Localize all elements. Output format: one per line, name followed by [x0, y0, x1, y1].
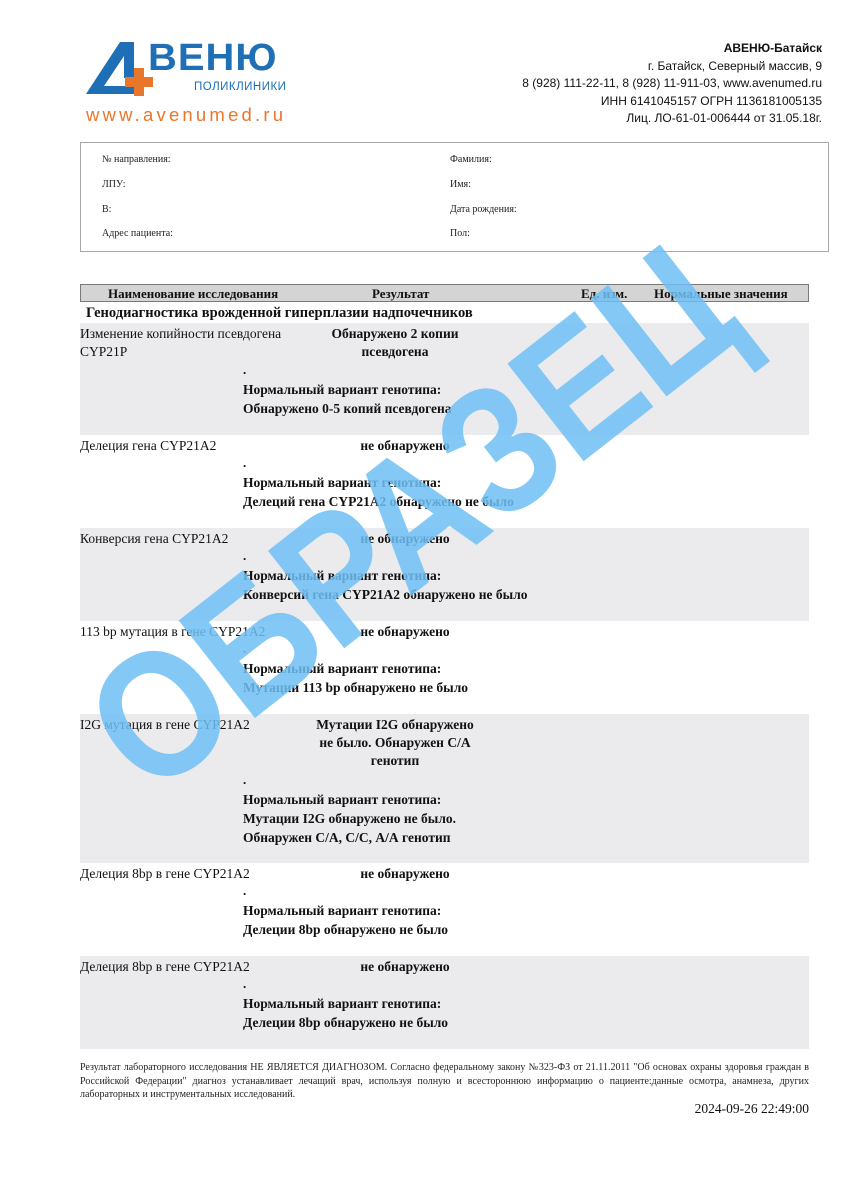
- patient-info-box: № направления: ЛПУ: В: Адрес пациента: Ф…: [80, 142, 829, 252]
- column-result: Результат: [372, 286, 429, 302]
- reference-title: Нормальный вариант генотипа:: [243, 473, 441, 492]
- reference-value: Мутации I2G обнаружено не было.: [243, 809, 456, 828]
- column-reference-values: Нормальные значения: [654, 286, 788, 302]
- referral-number-label: № направления:: [102, 154, 171, 165]
- test-result: не обнаружено: [305, 865, 505, 883]
- table-row: 113 bp мутация в гене CYP21A2 не обнаруж…: [80, 621, 809, 714]
- test-result: не обнаружено: [305, 530, 505, 548]
- test-name: 113 bp мутация в гене CYP21A2: [80, 623, 300, 641]
- organization-info: АВЕНЮ-Батайск г. Батайск, Северный масси…: [522, 40, 822, 128]
- patient-address-label: Адрес пациента:: [102, 228, 173, 239]
- org-address: г. Батайск, Северный массив, 9: [522, 58, 822, 76]
- reference-title: Нормальный вариант генотипа:: [243, 380, 441, 399]
- clinic-logo: ВЕНЮ ПОЛИКЛИНИКИ www.avenumed.ru: [86, 38, 306, 128]
- reference-value: Делеции 8bp обнаружено не было: [243, 1013, 448, 1032]
- separator-dot: .: [243, 641, 246, 657]
- reference-value: Делеций гена CYP21A2 обнаружено не было: [243, 492, 514, 511]
- reference-value: Обнаружен С/А, С/С, А/А генотип: [243, 828, 451, 847]
- reference-title: Нормальный вариант генотипа:: [243, 659, 441, 678]
- separator-dot: .: [243, 548, 246, 564]
- reference-value: Делеции 8bp обнаружено не было: [243, 920, 448, 939]
- v-label: В:: [102, 204, 111, 215]
- test-result: не обнаружено: [305, 958, 505, 976]
- test-name: Конверсия гена CYP21A2: [80, 530, 300, 548]
- test-name: Изменение копийности псевдогена CYP21P: [80, 325, 300, 361]
- test-result: Мутации I2G обнаружено не было. Обнаруже…: [310, 716, 480, 770]
- logo-name: ВЕНЮ: [148, 38, 278, 78]
- reference-value: Конверсий гена CYP21A2 обнаружено не был…: [243, 585, 528, 604]
- org-contacts: 8 (928) 111-22-11, 8 (928) 11-911-03, ww…: [522, 75, 822, 93]
- test-result: не обнаружено: [305, 437, 505, 455]
- table-row: Конверсия гена CYP21A2 не обнаружено . Н…: [80, 528, 809, 621]
- report-timestamp: 2024-09-26 22:49:00: [695, 1101, 809, 1117]
- separator-dot: .: [243, 883, 246, 899]
- reference-title: Нормальный вариант генотипа:: [243, 994, 441, 1013]
- table-row: Изменение копийности псевдогена CYP21P О…: [80, 323, 809, 435]
- results-table-header: Наименование исследования Результат Ед. …: [80, 284, 809, 302]
- separator-dot: .: [243, 455, 246, 471]
- reference-title: Нормальный вариант генотипа:: [243, 566, 441, 585]
- separator-dot: .: [243, 362, 246, 378]
- separator-dot: .: [243, 772, 246, 788]
- reference-value: Обнаружено 0-5 копий псевдогена: [243, 399, 452, 418]
- reference-value: Мутации 113 bp обнаружено не было: [243, 678, 468, 697]
- org-license: Лиц. ЛО-61-01-006444 от 31.05.18г.: [522, 110, 822, 128]
- disclaimer-text: Результат лабораторного исследования НЕ …: [80, 1061, 809, 1102]
- surname-label: Фамилия:: [450, 154, 492, 165]
- org-name: АВЕНЮ-Батайск: [522, 40, 822, 58]
- table-row: Делеция гена CYP21A2 не обнаружено . Нор…: [80, 435, 809, 528]
- reference-title: Нормальный вариант генотипа:: [243, 790, 441, 809]
- logo-url: www.avenumed.ru: [86, 104, 286, 126]
- reference-title: Нормальный вариант генотипа:: [243, 901, 441, 920]
- column-test-name: Наименование исследования: [108, 286, 278, 302]
- birth-date-label: Дата рождения:: [450, 204, 517, 215]
- test-name: Делеция гена CYP21A2: [80, 437, 300, 455]
- first-name-label: Имя:: [450, 179, 471, 190]
- test-name: Делеция 8bp в гене CYP21A2: [80, 958, 300, 976]
- org-ids: ИНН 6141045157 ОГРН 1136181005135: [522, 93, 822, 111]
- test-result: Обнаружено 2 копии псевдогена: [315, 325, 475, 361]
- test-name: I2G мутация в гене CYP21A2: [80, 716, 300, 734]
- section-title: Генодиагностика врожденной гиперплазии н…: [86, 305, 473, 322]
- table-row: I2G мутация в гене CYP21A2 Мутации I2G о…: [80, 714, 809, 863]
- sex-label: Пол:: [450, 228, 470, 239]
- test-name: Делеция 8bp в гене CYP21A2: [80, 865, 300, 883]
- logo-subtitle: ПОЛИКЛИНИКИ: [194, 81, 286, 93]
- separator-dot: .: [243, 976, 246, 992]
- column-units: Ед. изм.: [581, 286, 627, 302]
- lpu-label: ЛПУ:: [102, 179, 125, 190]
- table-row: Делеция 8bp в гене CYP21A2 не обнаружено…: [80, 863, 809, 956]
- test-result: не обнаружено: [305, 623, 505, 641]
- table-row: Делеция 8bp в гене CYP21A2 не обнаружено…: [80, 956, 809, 1049]
